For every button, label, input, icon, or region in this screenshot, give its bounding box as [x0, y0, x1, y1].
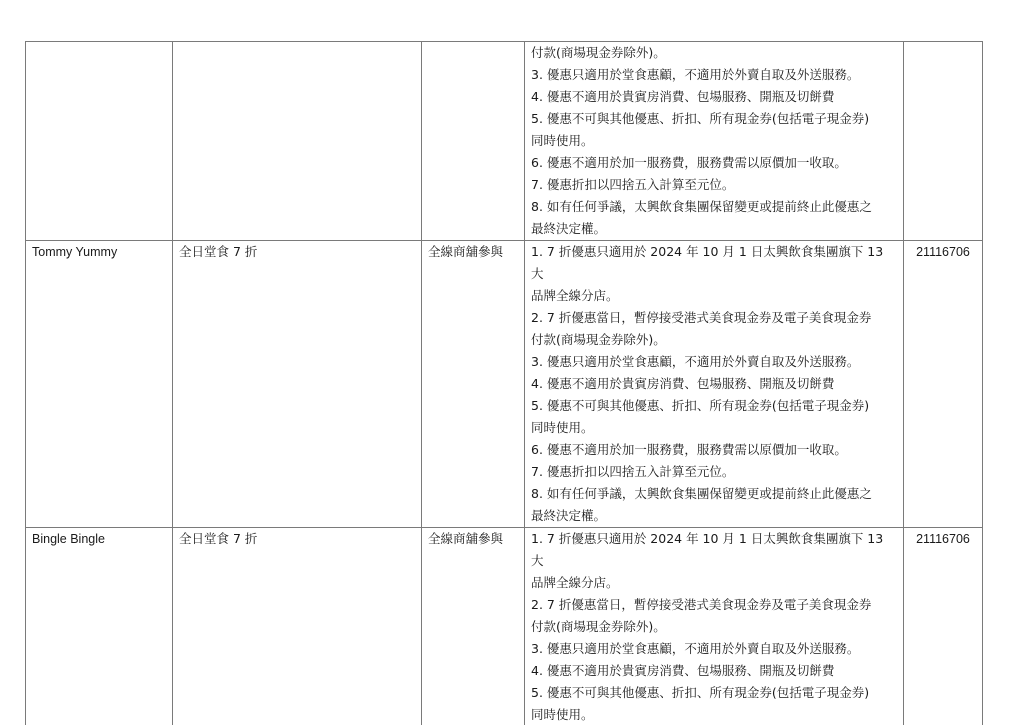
term-line: 最終決定權。	[531, 505, 897, 527]
code-cell	[904, 42, 983, 241]
term-line: 最終決定權。	[531, 218, 897, 240]
term-line: 1. 7 折優惠只適用於 2024 年 10 月 1 日太興飲食集團旗下 13 …	[531, 528, 897, 572]
term-line: 6. 優惠不適用於加一服務費，服務費需以原價加一收取。	[531, 439, 897, 461]
code-cell: 21116706	[904, 528, 983, 725]
terms-cell: 1. 7 折優惠只適用於 2024 年 10 月 1 日太興飲食集團旗下 13 …	[525, 528, 904, 725]
term-line: 品牌全線分店。	[531, 285, 897, 307]
table-row: Tommy Yummy 全日堂食 7 折 全線商舖參與 1. 7 折優惠只適用於…	[26, 241, 983, 528]
term-line: 3. 優惠只適用於堂食惠顧，不適用於外賣自取及外送服務。	[531, 64, 897, 86]
term-line: 2. 7 折優惠當日，暫停接受港式美食現金券及電子美食現金券	[531, 307, 897, 329]
term-line: 2. 7 折優惠當日，暫停接受港式美食現金券及電子美食現金券	[531, 594, 897, 616]
term-line: 4. 優惠不適用於貴賓房消費、包場服務、開瓶及切餅費	[531, 373, 897, 395]
term-line: 同時使用。	[531, 130, 897, 152]
offers-table: 付款(商場現金券除外)。 3. 優惠只適用於堂食惠顧，不適用於外賣自取及外送服務…	[25, 41, 983, 725]
term-line: 7. 優惠折扣以四捨五入計算至元位。	[531, 461, 897, 483]
term-line: 3. 優惠只適用於堂食惠顧，不適用於外賣自取及外送服務。	[531, 351, 897, 373]
term-line: 5. 優惠不可與其他優惠、折扣、所有現金券(包括電子現金券)	[531, 682, 897, 704]
shop-name-cell: Tommy Yummy	[26, 241, 173, 528]
table-row: Bingle Bingle 全日堂食 7 折 全線商舖參與 1. 7 折優惠只適…	[26, 528, 983, 725]
scope-cell	[422, 42, 525, 241]
term-line: 付款(商場現金券除外)。	[531, 616, 897, 638]
term-line: 同時使用。	[531, 417, 897, 439]
offer-cell: 全日堂食 7 折	[173, 528, 422, 725]
offer-cell: 全日堂食 7 折	[173, 241, 422, 528]
term-line: 8. 如有任何爭議，太興飲食集團保留變更或提前終止此優惠之	[531, 483, 897, 505]
term-line: 4. 優惠不適用於貴賓房消費、包場服務、開瓶及切餅費	[531, 86, 897, 108]
offer-cell	[173, 42, 422, 241]
term-line: 同時使用。	[531, 704, 897, 725]
table-row: 付款(商場現金券除外)。 3. 優惠只適用於堂食惠顧，不適用於外賣自取及外送服務…	[26, 42, 983, 241]
terms-cell: 付款(商場現金券除外)。 3. 優惠只適用於堂食惠顧，不適用於外賣自取及外送服務…	[525, 42, 904, 241]
term-line: 3. 優惠只適用於堂食惠顧，不適用於外賣自取及外送服務。	[531, 638, 897, 660]
term-line: 7. 優惠折扣以四捨五入計算至元位。	[531, 174, 897, 196]
term-line: 品牌全線分店。	[531, 572, 897, 594]
terms-cell: 1. 7 折優惠只適用於 2024 年 10 月 1 日太興飲食集團旗下 13 …	[525, 241, 904, 528]
scope-cell: 全線商舖參與	[422, 241, 525, 528]
scope-cell: 全線商舖參與	[422, 528, 525, 725]
term-line: 付款(商場現金券除外)。	[531, 42, 897, 64]
term-line: 1. 7 折優惠只適用於 2024 年 10 月 1 日太興飲食集團旗下 13 …	[531, 241, 897, 285]
term-line: 5. 優惠不可與其他優惠、折扣、所有現金券(包括電子現金券)	[531, 108, 897, 130]
code-cell: 21116706	[904, 241, 983, 528]
shop-name-cell	[26, 42, 173, 241]
shop-name-cell: Bingle Bingle	[26, 528, 173, 725]
term-line: 6. 優惠不適用於加一服務費，服務費需以原價加一收取。	[531, 152, 897, 174]
term-line: 4. 優惠不適用於貴賓房消費、包場服務、開瓶及切餅費	[531, 660, 897, 682]
term-line: 8. 如有任何爭議，太興飲食集團保留變更或提前終止此優惠之	[531, 196, 897, 218]
term-line: 付款(商場現金券除外)。	[531, 329, 897, 351]
term-line: 5. 優惠不可與其他優惠、折扣、所有現金券(包括電子現金券)	[531, 395, 897, 417]
